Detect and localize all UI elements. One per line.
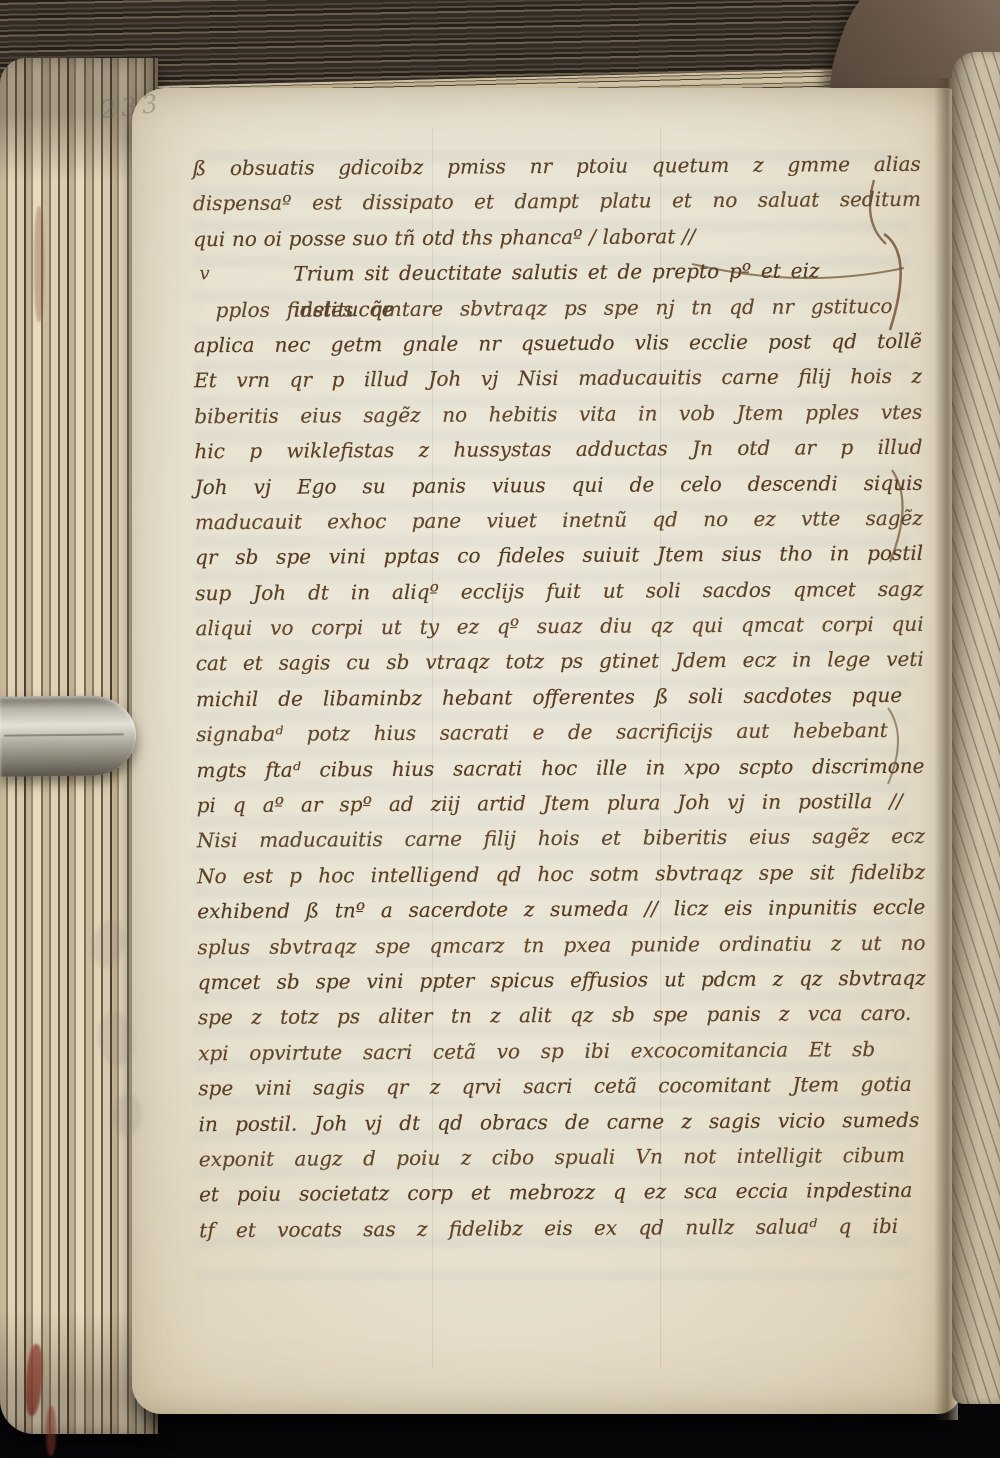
manuscript-line: qui no oi posse suo tñ otd ths phancaº /… (193, 219, 696, 257)
manuscript-line: cat et sagis cu sb vtraqz totz ps gtinet… (196, 642, 924, 682)
manuscript-line: spe vini sagis qr z qrvi sacri cetã coco… (198, 1067, 912, 1107)
manuscript-line: No est p hoc intelligend qd hoc sotm sbv… (197, 855, 925, 895)
manuscript-line: sup Joh dt in aliqº ecclijs fuit ut soli… (195, 571, 923, 611)
manuscript-line: xpi opvirtute sacri cetã vo sp ibi excoc… (198, 1032, 875, 1072)
manuscript-line: hic p wiklefistas z hussystas adductas J… (194, 430, 922, 470)
manuscript-line: pplos fideles qmtare sbvtraqz ps spe nj … (216, 289, 893, 329)
manuscript-line: Joh vj Ego su panis viuus qui de celo de… (195, 465, 923, 505)
manuscript-line: exhibend ß tnº a sacerdote z sumeda // l… (197, 890, 925, 930)
manuscript-photo: 233 v ß obsuatis gdicoibz pmiss nr ptoiu… (0, 0, 1000, 1458)
manuscript-line: pi q aº ar spº ad ziij artid Jtem plura … (197, 784, 903, 824)
manuscript-line: Nisi maducauitis carne filij hois et bib… (197, 819, 925, 859)
manuscript-line: biberitis eius sagẽz no hebitis vita in … (194, 395, 922, 435)
manuscript-line: qmcet sb spe vini ppter spicus effusios … (198, 961, 926, 1001)
manuscript-line: ß obsuatis gdicoibz pmiss nr ptoiu quetu… (193, 147, 921, 187)
manuscript-line: tf et vocats sas z fidelibz eis ex qd nu… (199, 1209, 898, 1249)
manuscript-line: aplica nec getm gnale nr qsuetudo vlis e… (194, 324, 922, 364)
manuscript-line: Trium sit deuctitate salutis et de prept… (293, 254, 819, 293)
manuscript-line: michil de libaminbz hebant offerentes ß … (196, 678, 902, 718)
manuscript-line: dispensaº est dissipato et dampt platu e… (193, 182, 921, 222)
manuscript-line: splus sbvtraqz spe qmcarz tn pxea punide… (197, 925, 925, 965)
manuscript-line: aliqui vo corpi ut ty ez qº suaz diu qz … (195, 607, 923, 647)
margin-paragraph-mark: v (199, 263, 209, 284)
manuscript-line: exponit augz d poiu z cibo spuali Vn not… (199, 1138, 905, 1178)
manuscript-line: signabaᵈ potz hius sacrati e de sacrific… (196, 713, 888, 753)
red-edge-stain (46, 1406, 56, 1456)
manuscript-line: in postil. Joh vj dt qd obracs de carne … (198, 1102, 919, 1142)
red-edge-stain (24, 1344, 45, 1417)
red-edge-stain (34, 206, 44, 322)
text-block: v ß obsuatis gdicoibz pmiss nr ptoiu que… (193, 147, 928, 1249)
manuscript-line: spe z totz ps aliter tn z alit qz sb spe… (198, 996, 912, 1036)
metal-page-clip (0, 695, 136, 776)
manuscript-line: maducauit exhoc pane viuet inetnũ qd no … (195, 501, 923, 541)
facing-page-sliver (952, 52, 1000, 1404)
manuscript-line: mgts ftaᵈ cibus hius sacrati hoc ille in… (196, 748, 924, 788)
manuscript-line: qr sb spe vini pptas co fideles suiuit J… (195, 536, 923, 576)
manuscript-line: et poiu societatz corp et mebrozz q ez s… (199, 1173, 913, 1213)
manuscript-line: Et vrn qr p illud Joh vj Nisi maducauiti… (194, 359, 922, 399)
